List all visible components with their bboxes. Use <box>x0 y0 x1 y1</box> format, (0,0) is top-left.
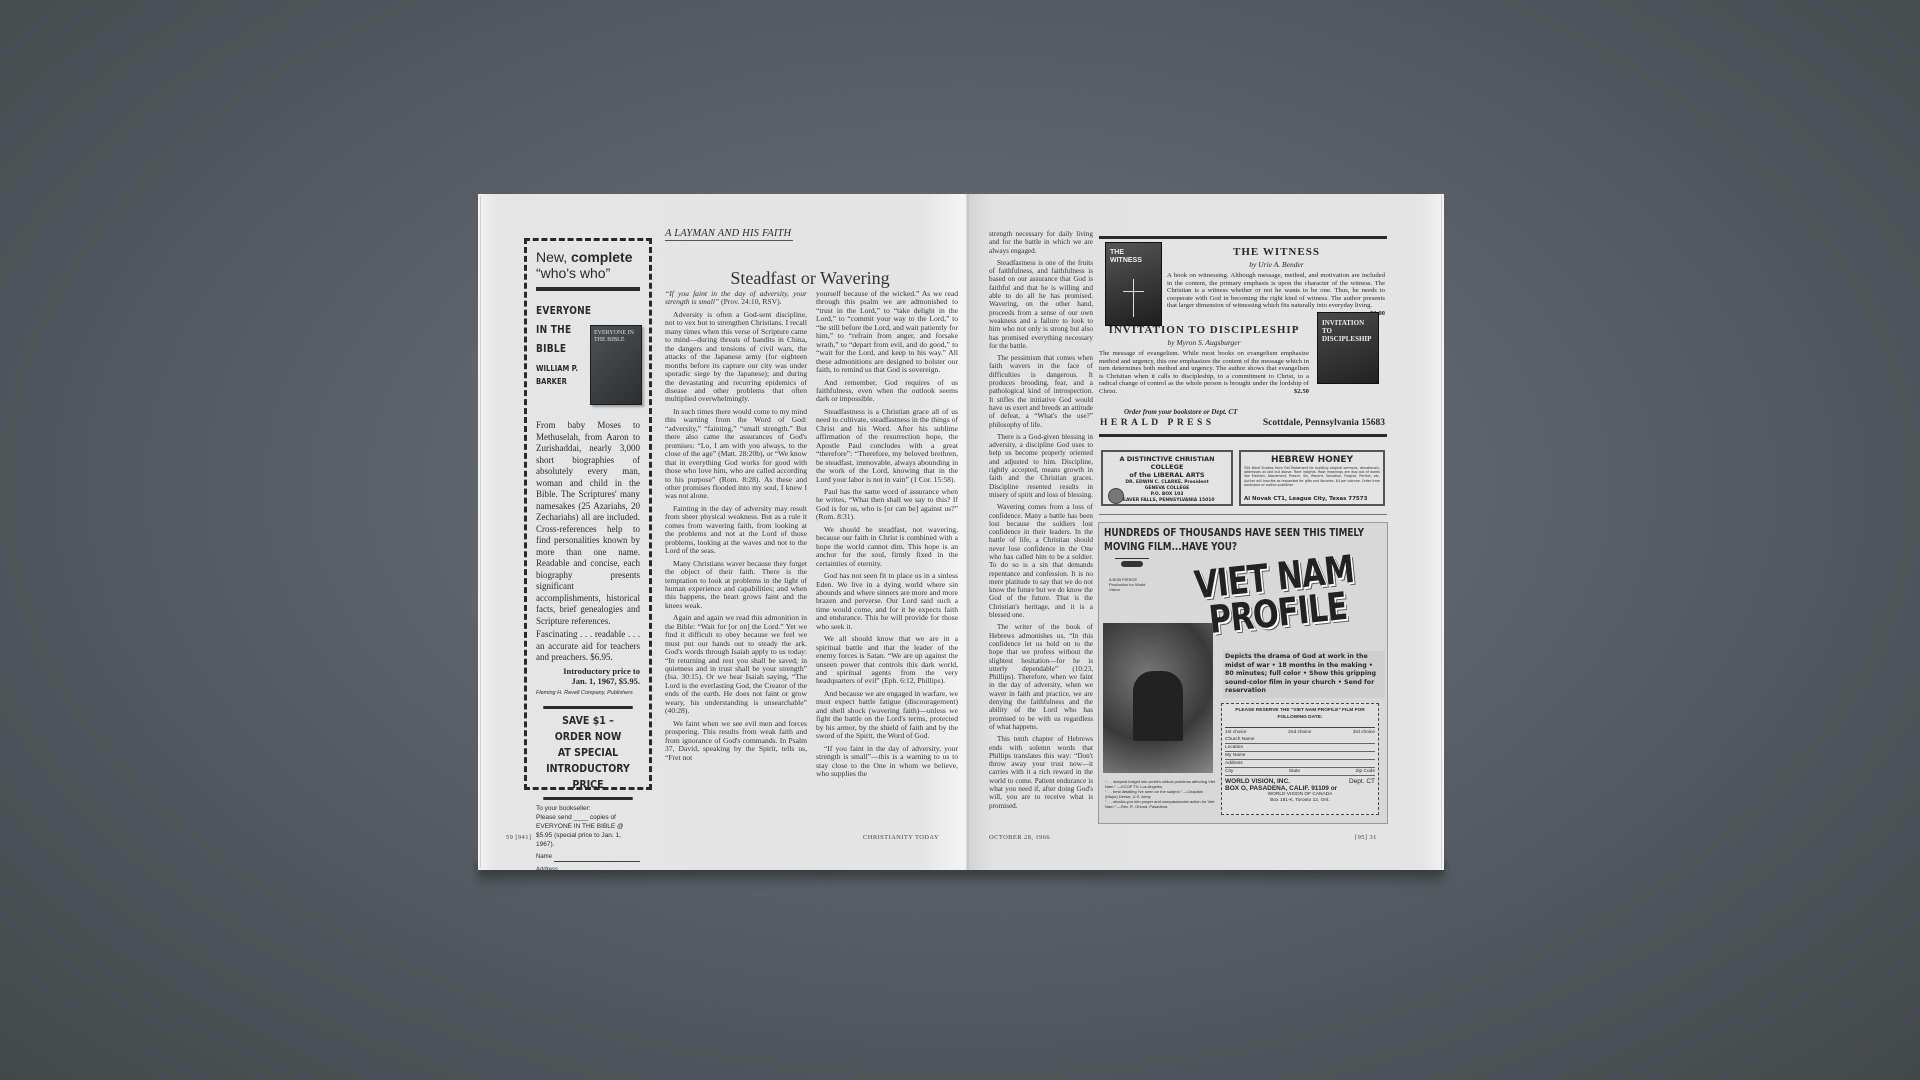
address-field[interactable]: Address <box>1225 760 1375 768</box>
college-seal-icon <box>1108 488 1124 504</box>
world-vision-address: WORLD VISION, INC. Dept. CT BOX O, PASAD… <box>1225 778 1375 792</box>
date-choices[interactable]: 1st choice 2nd choice 3rd choice <box>1225 727 1375 736</box>
my-name-field[interactable]: My Name <box>1225 752 1375 760</box>
magazine-spread: New, complete “who's who” EVERYONE IN TH… <box>478 194 1444 870</box>
everyone-in-the-bible-ad: New, complete “who's who” EVERYONE IN TH… <box>524 238 652 790</box>
article-column-2: yourself because of the wicked.” As we r… <box>816 290 958 842</box>
geneva-college-ad: A DISTINCTIVE CHRISTIAN COLLEGE of the L… <box>1101 450 1233 506</box>
publisher-credit: Fleming H. Revell Company, Publishers <box>536 690 640 696</box>
page-edge <box>478 196 481 868</box>
column-kicker: A LAYMAN AND HIS FAITH <box>665 228 793 241</box>
the-witness-description: A book on witnessing. Although message, … <box>1167 272 1385 318</box>
order-coupon: To your bookseller: Please send ____ cop… <box>536 804 640 871</box>
divider <box>536 287 640 291</box>
church-name-field[interactable]: Church Name <box>1225 736 1375 744</box>
helicopter-icon <box>1121 561 1143 567</box>
divider <box>1099 434 1387 437</box>
film-description: Depicts the drama of God at work in the … <box>1223 651 1385 698</box>
divider <box>1099 236 1387 239</box>
discipleship-description: The message of evangelism. While most bo… <box>1099 350 1309 396</box>
herald-press-line: HERALD PRESS Scottdale, Pennsylvania 156… <box>1100 418 1385 428</box>
production-credit: A BOB PIERCE Production for World Vision <box>1109 577 1147 592</box>
cross-icon <box>1133 279 1134 317</box>
hebrew-honey-ad: HEBREW HONEY 350 Word Studies from Old T… <box>1239 450 1385 506</box>
discipleship-title: INVITATION TO DISCIPLESHIP <box>1099 324 1309 336</box>
epigraph: “If you faint in the day of adversity, y… <box>665 290 807 307</box>
discipleship-cover-image: INVITATION TO DISCIPLESHIP <box>1317 312 1379 384</box>
ad-tagline: Fascinating . . . readable . . . an accu… <box>536 629 640 664</box>
name-field[interactable]: Name <box>536 853 640 862</box>
film-logo: VIET NAM PROFILE <box>1189 550 1364 639</box>
issue-date: OCTOBER 28, 1966 <box>989 834 1050 841</box>
ad-headline: New, complete “who's who” <box>536 249 640 281</box>
book-cover-image: EVERYONE IN THE BIBLE <box>590 325 642 405</box>
city-state-zip-field[interactable]: City State Zip Code <box>1225 768 1375 776</box>
article-column-3: strength necessary for daily living and … <box>989 230 1093 812</box>
save-banner: SAVE $1 – ORDER NOW AT SPECIAL INTRODUCT… <box>543 706 632 800</box>
viet-nam-profile-ad: HUNDREDS OF THOUSANDS HAVE SEEN THIS TIM… <box>1098 522 1388 824</box>
intro-price: Introductory price to Jan. 1, 1967, $5.9… <box>536 666 640 686</box>
left-page: New, complete “who's who” EVERYONE IN TH… <box>478 194 967 870</box>
address-field[interactable]: Address <box>536 866 640 871</box>
right-page: strength necessary for daily living and … <box>969 194 1444 870</box>
location-field[interactable]: Location <box>1225 744 1375 752</box>
film-testimonials: “. . . deepest insight into world's crit… <box>1105 779 1215 809</box>
magazine-name: CHRISTIANITY TODAY <box>863 834 939 841</box>
page-number-right: [95] 31 <box>1355 834 1377 841</box>
man-photo <box>1133 671 1183 741</box>
discipleship-price: $2.50 <box>1294 388 1309 396</box>
ad-body-text: From baby Moses to Methuselah, from Aaro… <box>536 420 640 627</box>
order-note: Order from your bookstore or Dept. CT <box>1124 408 1237 416</box>
discipleship-author: by Myron S. Augsburger <box>1099 338 1309 347</box>
divider <box>1099 514 1387 515</box>
page-number-left: 59 [941] <box>506 834 531 841</box>
the-witness-cover-image: THE WITNESS <box>1105 242 1162 326</box>
page-edge <box>1441 196 1444 868</box>
the-witness-author: by Urie A. Bender <box>1169 260 1384 269</box>
reservation-coupon: PLEASE RESERVE THE “VIET NAM PROFILE” FI… <box>1221 703 1379 815</box>
article-title: Steadfast or Wavering <box>665 268 955 289</box>
the-witness-title: THE WITNESS <box>1169 246 1384 258</box>
article-column-1: “If you faint in the day of adversity, y… <box>665 290 807 842</box>
